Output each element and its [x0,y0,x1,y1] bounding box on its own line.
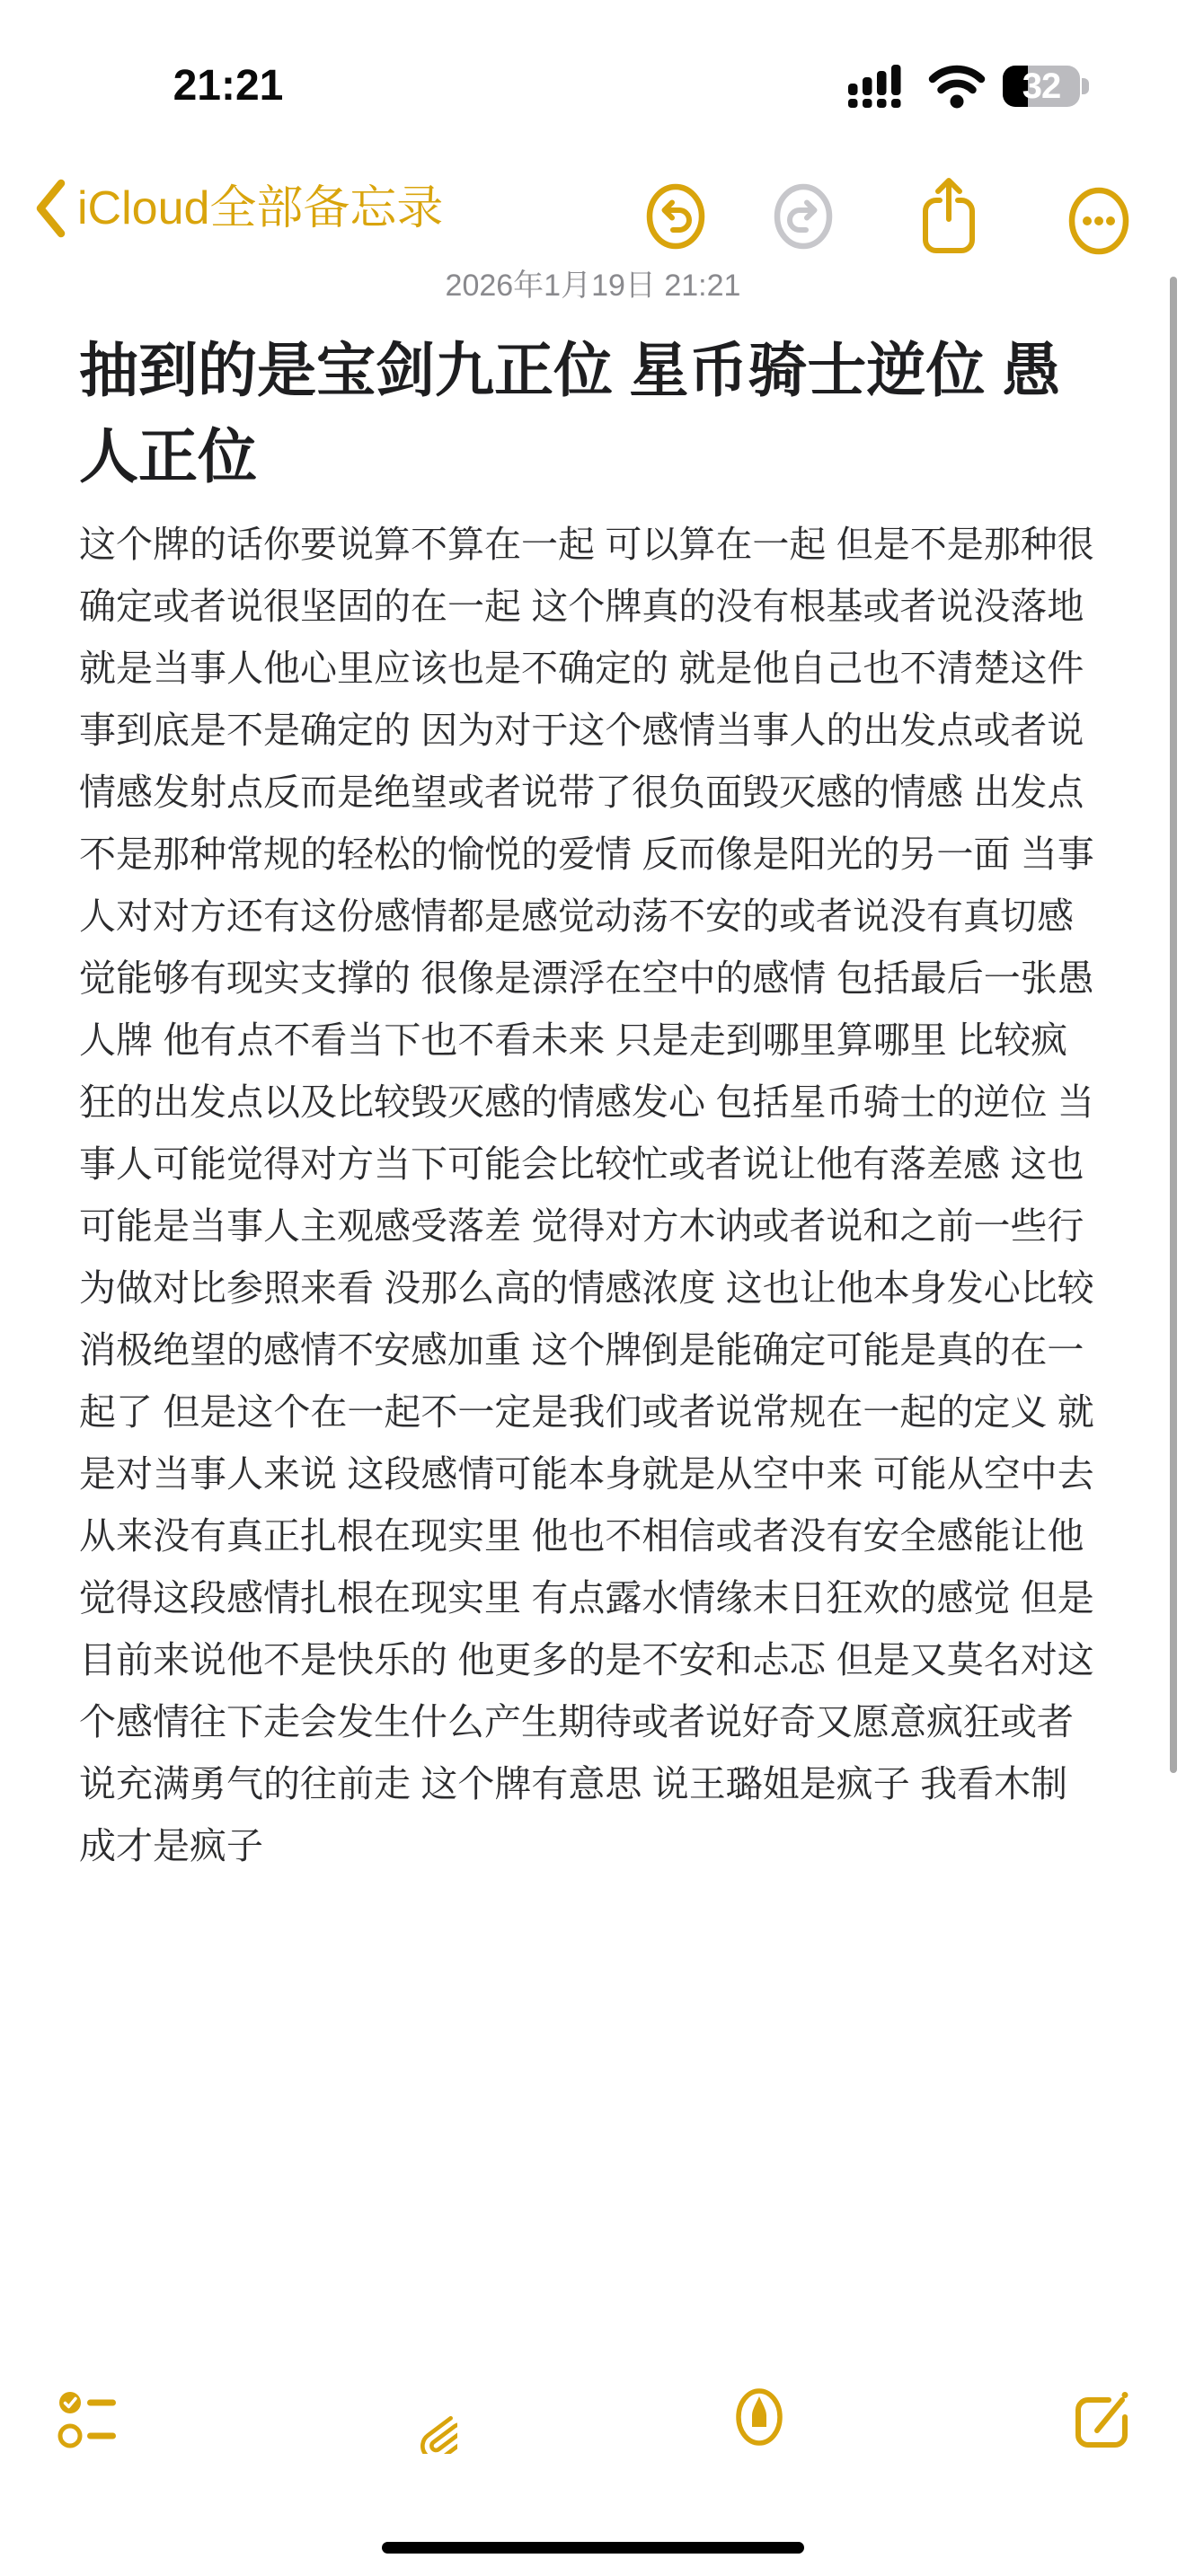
status-icons: 32 [848,63,1089,110]
back-button[interactable]: iCloud全部备忘录 [34,176,443,241]
ellipsis-circle-icon [1067,185,1131,257]
status-bar: 21:21 [0,0,1186,135]
note-editor[interactable]: 2026年1月19日 21:21 抽到的是宝剑九正位 星币骑士逆位 愚人正位 这… [0,266,1186,1877]
wifi-icon [928,64,986,109]
compose-button[interactable] [1071,2387,1132,2453]
more-button[interactable] [1067,185,1131,260]
status-time: 21:21 [167,61,289,111]
checklist-icon [58,2389,129,2450]
note-title[interactable]: 抽到的是宝剑九正位 星币骑士逆位 愚人正位 [79,327,1098,499]
back-button-label: iCloud全部备忘录 [77,176,443,241]
cellular-signal-icon [848,65,911,108]
note-date: 2026年1月19日 21:21 [0,266,1186,305]
scrollbar-thumb[interactable] [1170,277,1177,1773]
battery-cap [1082,78,1089,94]
attachment-button[interactable] [402,2386,457,2457]
compose-icon [1071,2387,1132,2450]
markup-button[interactable] [734,2386,784,2451]
redo-icon [774,183,833,250]
checklist-button[interactable] [58,2389,129,2453]
battery-icon: 32 [1003,66,1080,107]
bottom-toolbar [0,2382,1186,2472]
markup-pen-icon [734,2386,784,2448]
home-indicator[interactable] [382,2542,804,2554]
undo-button[interactable] [646,183,705,252]
back-chevron-icon [34,179,66,238]
note-body[interactable]: 这个牌的话你要说算不算在一起 可以算在一起 但是不是那种很确定或者说很坚固的在一… [79,514,1098,1877]
share-icon [920,172,978,259]
nav-bar: iCloud全部备忘录 [0,171,1186,269]
paperclip-icon [402,2386,457,2454]
battery-percent: 32 [1003,66,1080,107]
redo-button [774,183,833,252]
share-button[interactable] [920,172,978,261]
notes-note-screen: 21:21 [0,0,1186,2576]
undo-icon [646,183,705,250]
